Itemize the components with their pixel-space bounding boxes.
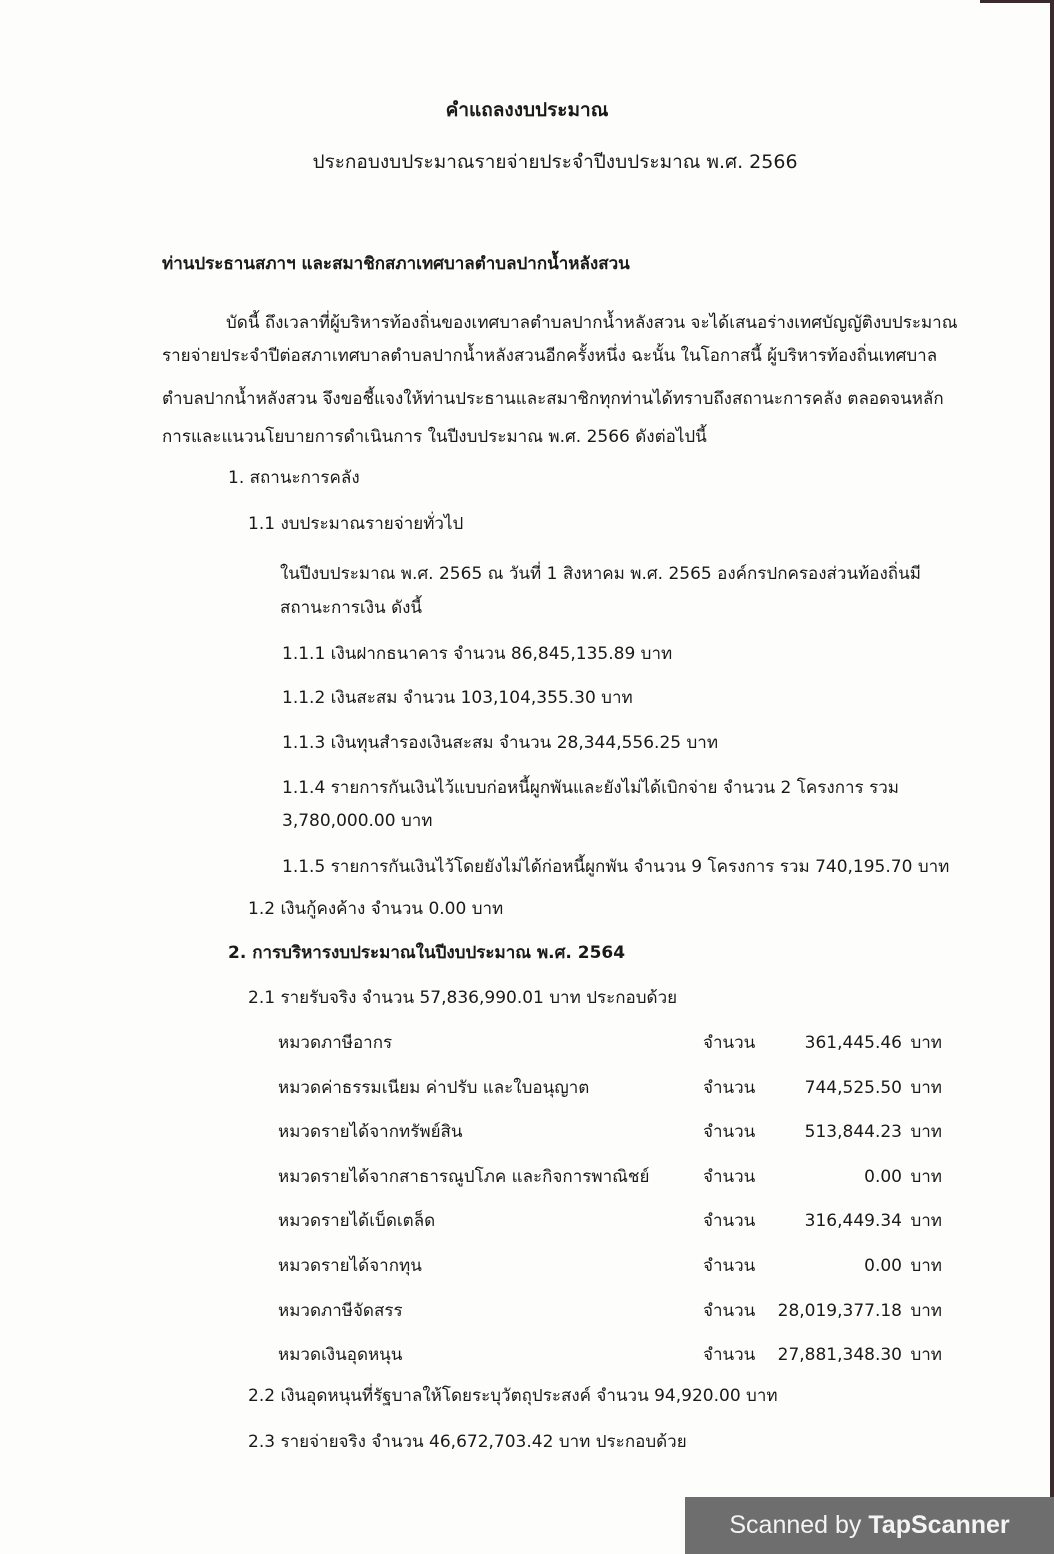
fiscal-item: 1.1.3 เงินทุนสำรองเงินสะสม จำนวน 28,344,… [282, 731, 718, 755]
revenue-row: หมวดภาษีอากรจำนวน361,445.46บาท [278, 1030, 948, 1056]
fiscal-item: 1.1.1 เงินฝากธนาคาร จำนวน 86,845,135.89 … [282, 642, 672, 666]
revenue-amount: 513,844.23 [805, 1119, 902, 1145]
revenue-category: หมวดรายได้จากทุน [278, 1253, 422, 1279]
scanned-document-page: คำแถลงงบประมาณ ประกอบงบประมาณรายจ่ายประจ… [0, 0, 1054, 1554]
section-2-heading: 2. การบริหารงบประมาณในปีงบประมาณ พ.ศ. 25… [228, 941, 625, 965]
amount-label: จำนวน [703, 1119, 755, 1145]
intro-line: การและแนวนโยบายการดำเนินการ ในปีงบประมาณ… [162, 425, 707, 449]
document-subtitle: ประกอบงบประมาณรายจ่ายประจำปีงบประมาณ พ.ศ… [0, 150, 1054, 174]
revenue-row: หมวดรายได้จากสาธารณูปโภค และกิจการพาณิชย… [278, 1164, 948, 1190]
revenue-amount: 361,445.46 [805, 1030, 902, 1056]
revenue-category: หมวดรายได้จากสาธารณูปโภค และกิจการพาณิชย… [278, 1164, 649, 1190]
amount-label: จำนวน [703, 1164, 755, 1190]
currency-unit: บาท [910, 1342, 942, 1368]
revenue-amount: 0.00 [864, 1253, 902, 1279]
intro-line: ตำบลปากน้ำหลังสวน จึงขอชี้แจงให้ท่านประธ… [162, 387, 944, 411]
paper-edge-top [980, 0, 1054, 3]
revenue-category: หมวดรายได้จากทรัพย์สิน [278, 1119, 463, 1145]
amount-label: จำนวน [703, 1342, 755, 1368]
revenue-category: หมวดเงินอุดหนุน [278, 1342, 402, 1368]
intro-line: บัดนี้ ถึงเวลาที่ผู้บริหารท้องถิ่นของเทศ… [226, 311, 957, 335]
amount-label: จำนวน [703, 1030, 755, 1056]
tapscanner-watermark: Scanned by TapScanner [685, 1497, 1054, 1554]
currency-unit: บาท [910, 1253, 942, 1279]
revenue-amount: 316,449.34 [805, 1208, 902, 1234]
amount-label: จำนวน [703, 1075, 755, 1101]
amount-label: จำนวน [703, 1253, 755, 1279]
section-1-1-intro: ในปีงบประมาณ พ.ศ. 2565 ณ วันที่ 1 สิงหาค… [280, 562, 921, 586]
section-1-heading: 1. สถานะการคลัง [228, 466, 360, 490]
currency-unit: บาท [910, 1075, 942, 1101]
revenue-row: หมวดรายได้จากทรัพย์สินจำนวน513,844.23บาท [278, 1119, 948, 1145]
revenue-row: หมวดภาษีจัดสรรจำนวน28,019,377.18บาท [278, 1298, 948, 1324]
revenue-amount: 28,019,377.18 [778, 1298, 902, 1324]
currency-unit: บาท [910, 1030, 942, 1056]
intro-line: รายจ่ายประจำปีต่อสภาเทศบาลตำบลปากน้ำหลัง… [162, 344, 937, 368]
revenue-row: หมวดค่าธรรมเนียม ค่าปรับ และใบอนุญาตจำนว… [278, 1075, 948, 1101]
fiscal-item: 1.1.5 รายการกันเงินไว้โดยยังไม่ได้ก่อหนี… [282, 855, 949, 879]
amount-label: จำนวน [703, 1208, 755, 1234]
section-2-2: 2.2 เงินอุดหนุนที่รัฐบาลให้โดยระบุวัตถุป… [248, 1384, 778, 1408]
currency-unit: บาท [910, 1208, 942, 1234]
fiscal-item: 1.1.4 รายการกันเงินไว้แบบก่อหนี้ผูกพันแล… [282, 776, 899, 800]
section-2-1: 2.1 รายรับจริง จำนวน 57,836,990.01 บาท ป… [248, 986, 677, 1010]
watermark-prefix: Scanned by [729, 1511, 868, 1539]
amount-label: จำนวน [703, 1298, 755, 1324]
document-title: คำแถลงงบประมาณ [0, 98, 1054, 122]
currency-unit: บาท [910, 1164, 942, 1190]
revenue-amount: 0.00 [864, 1164, 902, 1190]
revenue-category: หมวดภาษีจัดสรร [278, 1298, 403, 1324]
revenue-amount: 27,881,348.30 [778, 1342, 902, 1368]
fiscal-item-continued: 3,780,000.00 บาท [282, 809, 433, 833]
revenue-row: หมวดรายได้จากทุนจำนวน0.00บาท [278, 1253, 948, 1279]
currency-unit: บาท [910, 1298, 942, 1324]
paper-edge [1050, 0, 1054, 1554]
fiscal-item: 1.1.2 เงินสะสม จำนวน 103,104,355.30 บาท [282, 686, 633, 710]
salutation: ท่านประธานสภาฯ และสมาชิกสภาเทศบาลตำบลปาก… [162, 252, 630, 276]
section-1-1-intro: สถานะการเงิน ดังนี้ [280, 596, 422, 620]
section-2-3: 2.3 รายจ่ายจริง จำนวน 46,672,703.42 บาท … [248, 1430, 687, 1454]
revenue-category: หมวดค่าธรรมเนียม ค่าปรับ และใบอนุญาต [278, 1075, 589, 1101]
revenue-category: หมวดรายได้เบ็ดเตล็ด [278, 1208, 435, 1234]
revenue-category: หมวดภาษีอากร [278, 1030, 392, 1056]
revenue-row: หมวดเงินอุดหนุนจำนวน27,881,348.30บาท [278, 1342, 948, 1368]
watermark-brand: TapScanner [868, 1511, 1009, 1539]
revenue-row: หมวดรายได้เบ็ดเตล็ดจำนวน316,449.34บาท [278, 1208, 948, 1234]
currency-unit: บาท [910, 1119, 942, 1145]
revenue-amount: 744,525.50 [805, 1075, 902, 1101]
section-1-2: 1.2 เงินกู้คงค้าง จำนวน 0.00 บาท [248, 897, 503, 921]
section-1-1-heading: 1.1 งบประมาณรายจ่ายทั่วไป [248, 512, 463, 536]
